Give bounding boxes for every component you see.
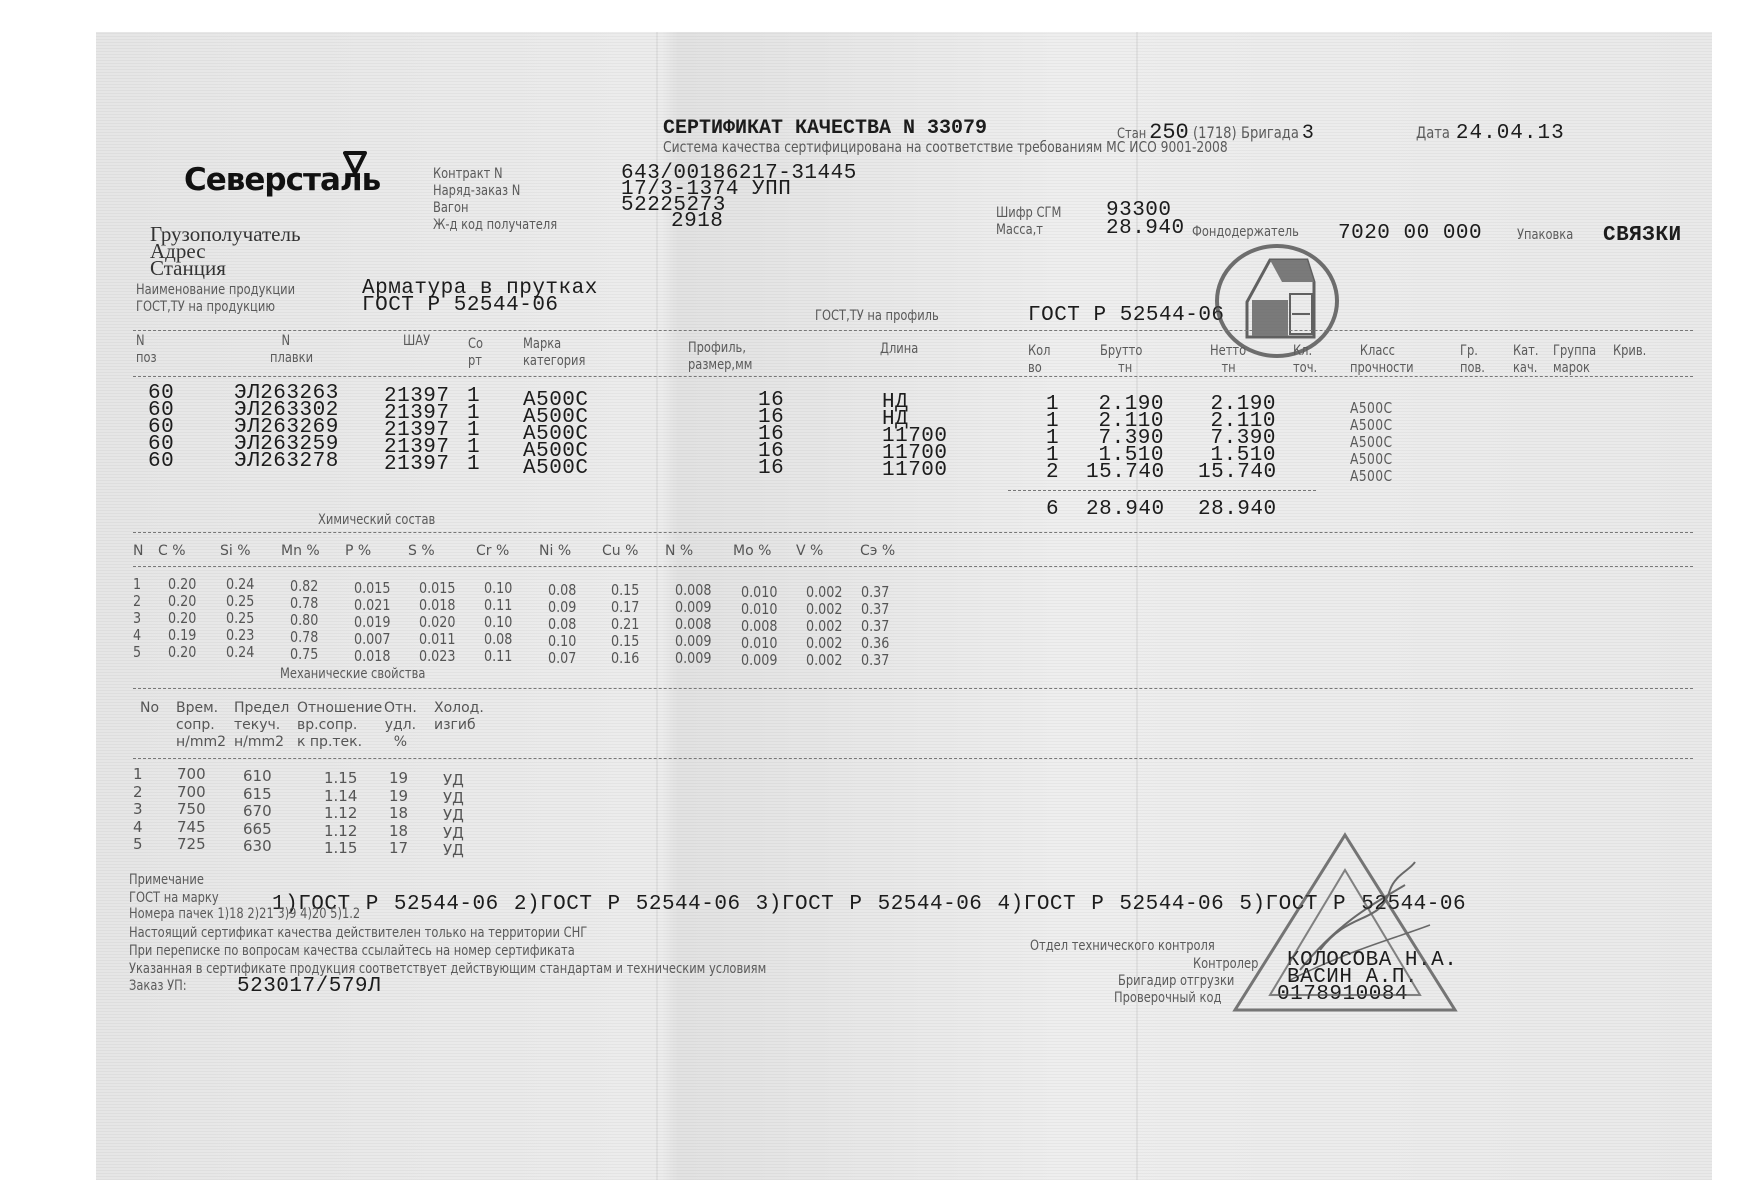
table-cell: 0.10 (548, 633, 576, 650)
table-cell: N (270, 333, 313, 350)
table-cell: 1 (133, 576, 141, 593)
total-net: 28.940 (1198, 498, 1276, 521)
table-cell: 19 (389, 788, 408, 806)
divider (133, 566, 1693, 567)
divider (133, 532, 1693, 533)
table-column: 11112 (1046, 396, 1059, 481)
header-profile: Профиль,размер,мм (688, 340, 752, 374)
table-cell: н/mm2 (176, 734, 226, 751)
table-cell: 1 (467, 456, 480, 473)
table-cell: 0.010 (741, 635, 778, 652)
brigade-value: 3 (1302, 122, 1314, 145)
table-cell: Профиль, (688, 340, 752, 357)
fundholder-value: 7020 00 000 (1338, 222, 1482, 245)
table-cell: размер,мм (688, 357, 752, 374)
table-cell: ЭЛ263278 (234, 453, 339, 470)
table-column: 0.240.250.250.230.24 (226, 576, 259, 661)
consignee-block: Грузополучатель Адрес Станция (150, 226, 301, 277)
divider (133, 330, 1693, 331)
table-cell: 1 (133, 766, 143, 784)
table-column: 1616161616 (758, 392, 784, 477)
fundholder-label: Фондодержатель (1192, 224, 1299, 240)
table-cell: 0.20 (168, 576, 196, 593)
correspondence-note: При переписке по вопросам качества ссыла… (129, 943, 575, 959)
work-order-label: Наряд-заказ N (433, 183, 557, 200)
table-column: 0.080.090.080.100.07 (548, 582, 581, 667)
table-cell: 1.15 (324, 840, 357, 858)
table-cell: 0.24 (226, 576, 254, 593)
table-cell: 0.80 (290, 612, 318, 629)
table-cell: 0.009 (675, 650, 712, 667)
table-cell: 0.25 (226, 610, 254, 627)
table-cell: 0.25 (226, 593, 254, 610)
table-cell: 0.20 (168, 644, 196, 661)
table-cell: Нетто (1210, 343, 1246, 360)
header-gross: Бруттотн (1100, 343, 1142, 377)
header-sort: Сорт (468, 336, 483, 370)
table-cell: 0.23 (226, 627, 254, 644)
certificate-paper (96, 32, 1712, 1180)
foreman-label: Бригадир отгрузки (1118, 973, 1234, 989)
table-cell: 0.20 (168, 593, 196, 610)
table-cell: 745 (177, 819, 206, 837)
table-cell: 0.07 (548, 650, 576, 667)
order-up-value: 523017/579Л (237, 975, 381, 998)
table-cell: Cr % (476, 543, 509, 559)
table-cell: Ni % (539, 543, 571, 559)
table-column: 0.200.200.200.190.20 (168, 576, 201, 661)
header-qty: Колво (1028, 343, 1051, 377)
rail-code-label: Ж-д код получателя (433, 217, 557, 234)
table-cell: 5 (133, 644, 141, 661)
table-cell: 0.37 (861, 601, 889, 618)
table-cell: текуч. (234, 717, 289, 734)
mass-label: Масса,т (996, 222, 1061, 239)
table-cell: изгиб (434, 717, 484, 734)
table-cell: поз (136, 350, 157, 367)
table-cell: 0.007 (354, 631, 391, 648)
table-cell: 3 (133, 801, 143, 819)
header-pos: Nпоз (136, 333, 157, 367)
header-length: Длина (880, 341, 918, 358)
table-cell: 0.002 (806, 584, 843, 601)
mechanics-title: Механические свойства (280, 666, 425, 682)
table-cell: рт (468, 353, 483, 370)
chemistry-title: Химический состав (318, 512, 435, 528)
divider (133, 758, 1693, 759)
table-cell: Гр. (1460, 343, 1485, 360)
table-column: НДНД117001170011700 (882, 394, 948, 479)
table-column: 0.0020.0020.0020.0020.002 (806, 584, 849, 669)
validity-note: Настоящий сертификат качества действител… (129, 925, 587, 941)
table-cell: % (384, 734, 417, 751)
table-column: 11111 (467, 388, 480, 473)
table-cell: 0.75 (290, 646, 318, 663)
table-cell: удл. (384, 717, 417, 734)
otk-label: Отдел технического контроля (1030, 938, 1215, 954)
profile-gost-label: ГОСТ,ТУ на профиль (815, 308, 939, 324)
table-cell: 0.09 (548, 599, 576, 616)
table-cell: 1.12 (324, 823, 357, 841)
gost-mark-label: ГОСТ на марку (129, 890, 219, 906)
table-cell: УД (443, 772, 464, 790)
table-cell: 610 (243, 768, 272, 786)
table-cell: 0.08 (548, 582, 576, 599)
table-cell: Врем. (176, 700, 226, 717)
table-cell: 2 (133, 784, 143, 802)
table-cell: 1.14 (324, 788, 357, 806)
table-cell: 1.15 (324, 770, 357, 788)
table-cell: 0.16 (611, 650, 639, 667)
table-cell: 0.36 (861, 635, 889, 652)
table-cell: Si % (220, 543, 251, 559)
bundle-numbers: Номера пачек 1)18 2)21 3)9 4)20 5)1.2 (129, 906, 360, 922)
header-surface: Гр.пов. (1460, 343, 1485, 377)
table-cell: 0.010 (741, 601, 778, 618)
table-cell: 0.010 (741, 584, 778, 601)
table-cell: Холод. (434, 700, 484, 717)
table-cell: 0.08 (484, 631, 512, 648)
quality-system-note: Система качества сертифицирована на соот… (663, 138, 1228, 156)
severstal-logo-icon (343, 150, 367, 176)
table-cell: 700 (177, 784, 206, 802)
contract-label: Контракт N (433, 166, 557, 183)
table-column: ЭЛ263263ЭЛ263302ЭЛ263269ЭЛ263259ЭЛ263278 (234, 385, 339, 470)
table-cell: 15.740 (1086, 464, 1164, 481)
table-cell: во (1028, 360, 1051, 377)
product-name-label: Наименование продукции (136, 282, 295, 299)
order-values: 643/00186217-31445 17/3-1374 УПП 5222527… (621, 166, 857, 230)
table-cell: 0.37 (861, 652, 889, 669)
table-cell: 670 (243, 803, 272, 821)
table-cell: ШАУ (403, 333, 430, 350)
header-net: Неттотн (1210, 343, 1246, 377)
table-cell: Крив. (1613, 343, 1646, 360)
table-column: 0.0150.0210.0190.0070.018 (354, 580, 397, 665)
table-cell: 0.002 (806, 618, 843, 635)
packing-label: Упаковка (1517, 227, 1573, 243)
table-cell: 0.37 (861, 618, 889, 635)
table-cell: 0.78 (290, 595, 318, 612)
table-cell: 18 (389, 823, 408, 841)
table-cell: Cэ % (860, 543, 895, 559)
table-cell: 0.021 (354, 597, 391, 614)
header-shau: ШАУ (403, 333, 430, 350)
table-column: 0.100.110.100.080.11 (484, 580, 517, 665)
table-cell: А500С (1350, 451, 1393, 468)
table-cell: к пр.тек. (297, 734, 382, 751)
table-cell: 2 (133, 593, 141, 610)
table-cell: А500С (1350, 417, 1393, 434)
table-cell: 2 (1046, 464, 1059, 481)
table-column: 2.1902.1107.3901.51015.740 (1198, 396, 1276, 481)
table-cell: 0.08 (548, 616, 576, 633)
table-column: 700700750745725 (177, 766, 206, 854)
table-cell: тн (1100, 360, 1142, 377)
table-cell: УД (443, 790, 464, 808)
table-cell: 0.015 (419, 580, 456, 597)
table-cell: вр.сопр. (297, 717, 382, 734)
table-cell: 0.008 (675, 616, 712, 633)
product-values: Арматура в прутках ГОСТ Р 52544-06 (362, 280, 598, 314)
date-label: Дата (1416, 123, 1450, 142)
wagon-label: Вагон (433, 200, 557, 217)
table-column: УДУДУДУДУД (443, 772, 464, 860)
table-cell: 0.78 (290, 629, 318, 646)
table-cell: Предел (234, 700, 289, 717)
header-group: Группамарок (1553, 343, 1596, 377)
table-cell: УД (443, 825, 464, 843)
header-curv: Крив. (1613, 343, 1646, 360)
table-cell: точ. (1293, 360, 1317, 377)
table-cell: 0.002 (806, 601, 843, 618)
table-cell: Mo % (733, 543, 771, 559)
table-cell: V % (796, 543, 823, 559)
table-cell: 15.740 (1198, 464, 1276, 481)
table-cell: 0.020 (419, 614, 456, 631)
table-cell: 0.15 (611, 633, 639, 650)
table-cell: 0.009 (741, 652, 778, 669)
date-value: 24.04.13 (1456, 122, 1565, 145)
table-cell: 0.19 (168, 627, 196, 644)
table-cell: 0.10 (484, 580, 512, 597)
divider (133, 688, 1693, 689)
table-cell: C % (158, 543, 186, 559)
table-cell: А500С (1350, 434, 1393, 451)
table-cell: 0.82 (290, 578, 318, 595)
table-column: 12345 (133, 766, 143, 854)
table-column: 2.1902.1107.3901.51015.740 (1086, 396, 1164, 481)
table-cell: Mn % (281, 543, 320, 559)
table-column: 0.0100.0100.0080.0100.009 (741, 584, 784, 669)
table-cell: N % (665, 543, 693, 559)
table-cell: 4 (133, 627, 141, 644)
table-cell: 0.10 (484, 614, 512, 631)
date: Дата 24.04.13 (1416, 122, 1565, 145)
table-cell: Отн. (384, 700, 417, 717)
table-cell: Длина (880, 341, 918, 358)
table-cell: УД (443, 807, 464, 825)
shipment-labels: Шифр СГМ Масса,т (996, 205, 1076, 239)
table-cell: 0.20 (168, 610, 196, 627)
table-cell: S % (408, 543, 435, 559)
table-cell: Класс (1350, 343, 1414, 360)
table-column: 0.820.780.800.780.75 (290, 578, 323, 663)
profile-gost-value: ГОСТ Р 52544-06 (1028, 304, 1225, 327)
table-cell: Со (468, 336, 483, 353)
table-cell: 630 (243, 838, 272, 856)
table-cell: 0.002 (806, 652, 843, 669)
table-cell: 0.023 (419, 648, 456, 665)
table-cell: прочности (1350, 360, 1414, 377)
packing-value: СВЯЗКИ (1603, 224, 1682, 247)
table-column: 610615670665630 (243, 768, 272, 856)
table-cell: 0.002 (806, 635, 843, 652)
product-gost-label: ГОСТ,ТУ на продукцию (136, 299, 295, 316)
table-cell: 0.018 (354, 648, 391, 665)
station-label: Станция (150, 260, 301, 277)
table-cell: 0.11 (484, 597, 512, 614)
table-cell: сопр. (176, 717, 226, 734)
table-cell: Кол (1028, 343, 1051, 360)
table-cell: 16 (758, 460, 784, 477)
table-cell: УД (443, 842, 464, 860)
table-cell: А500С (1350, 468, 1393, 485)
table-cell: категория (523, 353, 585, 370)
table-cell: 11700 (882, 462, 948, 479)
table-column: 0.0150.0180.0200.0110.023 (419, 580, 462, 665)
table-column: 1919181817 (389, 770, 408, 858)
total-gross: 28.940 (1086, 498, 1164, 521)
table-cell: 0.21 (611, 616, 639, 633)
mass-value: 28.940 (1106, 220, 1185, 238)
header-accuracy: Кл.точ. (1293, 343, 1317, 377)
header-cat: Кат.кач. (1513, 343, 1539, 377)
order-up-label: Заказ УП: (129, 978, 187, 994)
table-cell: 725 (177, 836, 206, 854)
table-cell: марок (1553, 360, 1596, 377)
table-cell: 21397 (384, 456, 450, 473)
table-cell: Марка (523, 336, 585, 353)
table-cell: 0.015 (354, 580, 391, 597)
table-cell: тн (1210, 360, 1246, 377)
compliance-note: Указанная в сертификате продукция соотве… (129, 961, 766, 977)
table-cell: плавки (270, 350, 313, 367)
table-cell: 0.008 (675, 582, 712, 599)
table-cell: 0.15 (611, 582, 639, 599)
total-qty: 6 (1046, 498, 1059, 521)
check-code-label: Проверочный код (1114, 990, 1221, 1006)
table-cell: 0.011 (419, 631, 456, 648)
product-labels: Наименование продукции ГОСТ,ТУ на продук… (136, 282, 330, 316)
note-label: Примечание (129, 872, 204, 888)
divider (133, 376, 1693, 377)
table-column: 12345 (133, 576, 143, 661)
header-heat: Nплавки (270, 333, 313, 367)
brigade-label: Бригада (1241, 123, 1299, 142)
table-cell: Отношение (297, 700, 382, 717)
sgm-label: Шифр СГМ (996, 205, 1061, 222)
table-cell: 700 (177, 766, 206, 784)
table-cell: Брутто (1100, 343, 1142, 360)
table-cell: 0.019 (354, 614, 391, 631)
table-column: 2139721397213972139721397 (384, 388, 450, 473)
table-cell: Кл. (1293, 343, 1317, 360)
totals-divider (1008, 490, 1316, 491)
header-mark: Маркакатегория (523, 336, 585, 370)
table-cell: No (140, 700, 159, 717)
table-cell: P % (345, 543, 371, 559)
table-cell: н/mm2 (234, 734, 289, 751)
table-cell: 1.12 (324, 805, 357, 823)
header-strength: Класспрочности (1350, 343, 1414, 377)
table-cell: 665 (243, 821, 272, 839)
table-cell: 0.009 (675, 633, 712, 650)
order-labels: Контракт N Наряд-заказ N Вагон Ж-д код п… (433, 166, 584, 234)
table-cell: 615 (243, 786, 272, 804)
table-column: А500СА500СА500СА500СА500С (1350, 400, 1393, 485)
table-cell: 0.018 (419, 597, 456, 614)
table-cell: 0.24 (226, 644, 254, 661)
table-cell: Группа (1553, 343, 1596, 360)
table-cell: Кат. (1513, 343, 1539, 360)
table-column: 1.151.141.121.121.15 (324, 770, 357, 858)
table-cell: пов. (1460, 360, 1485, 377)
table-cell: 0.009 (675, 599, 712, 616)
table-cell: кач. (1513, 360, 1539, 377)
table-cell: 0.17 (611, 599, 639, 616)
table-cell: 17 (389, 840, 408, 858)
otk-triangle-stamp-icon (1230, 830, 1460, 1015)
table-cell: Cu % (602, 543, 638, 559)
table-cell: 19 (389, 770, 408, 788)
table-cell: 3 (133, 610, 141, 627)
shipment-values: 93300 28.940 (1106, 202, 1185, 238)
table-cell: 0.008 (741, 618, 778, 635)
table-cell: 5 (133, 836, 143, 854)
table-cell: А500С (523, 460, 589, 477)
table-cell: N (136, 333, 157, 350)
table-column: 0.150.170.210.150.16 (611, 582, 644, 667)
table-cell: 750 (177, 801, 206, 819)
table-cell: 0.37 (861, 584, 889, 601)
table-cell: 18 (389, 805, 408, 823)
table-column: А500СА500СА500СА500СА500С (523, 392, 589, 477)
table-cell: 4 (133, 819, 143, 837)
table-cell: А500С (1350, 400, 1393, 417)
table-cell: N (133, 543, 143, 559)
table-column: 0.0080.0090.0080.0090.009 (675, 582, 718, 667)
certificate-title: СЕРТИФИКАТ КАЧЕСТВА N 33079 (663, 117, 987, 140)
table-cell: 60 (148, 453, 174, 470)
table-column: 6060606060 (148, 385, 174, 470)
table-column: 0.370.370.370.360.37 (861, 584, 894, 669)
table-cell: 0.11 (484, 648, 512, 665)
